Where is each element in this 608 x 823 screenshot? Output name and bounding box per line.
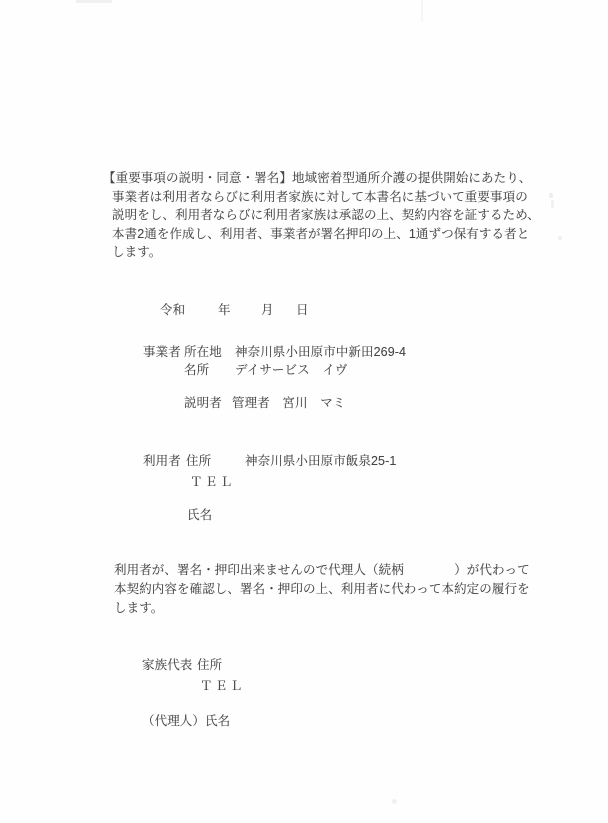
provider-label: 事業者 [143, 345, 181, 359]
provider-name-value: デイサービス イヴ [235, 363, 348, 377]
proxy-note-line-2: 本契約内容を確認し、署名・押印の上、利用者に代わって本約定の履行を [114, 580, 544, 599]
family-label: 家族代表 [142, 658, 192, 672]
user-tel-label: ＴＥＬ [190, 475, 235, 489]
intro-line-5: します。 [103, 243, 543, 262]
date-month-label: 月 [261, 303, 274, 317]
provider-address-label: 所在地 [184, 345, 222, 359]
user-label: 利用者 [143, 454, 181, 468]
intro-line-1: 【重要事項の説明・同意・署名】地域密着型通所介護の提供開始にあたり、 [103, 169, 543, 188]
scanned-document-page: 【重要事項の説明・同意・署名】地域密着型通所介護の提供開始にあたり、 事業者は利… [0, 0, 608, 823]
user-address-value: 神奈川県小田原市飯泉25-1 [245, 454, 396, 468]
date-era-label: 令和 [160, 303, 185, 317]
user-name-label: 氏名 [187, 508, 212, 522]
proxy-note-paragraph: 利用者が、署名・押印出来ませんので代理人（続柄 ）が代わって 本契約内容を確認し… [114, 561, 544, 619]
provider-name-label: 名所 [184, 363, 209, 377]
scan-artifact-top-left [76, 0, 112, 3]
scan-artifact-bottom-dot [392, 799, 397, 804]
intro-line-3: 説明をし、利用者ならびに利用者家族は承認の上、契約内容を証するため、 [103, 206, 543, 225]
family-address-label: 住所 [197, 658, 222, 672]
proxy-note-line-3: します。 [114, 599, 544, 618]
family-proxy-name-label: （代理人）氏名 [142, 714, 230, 728]
intro-line-4: 本書2通を作成し、利用者、事業者が署名押印の上、1通ずつ保有する者と [103, 225, 543, 244]
date-year-label: 年 [218, 303, 231, 317]
intro-paragraph: 【重要事項の説明・同意・署名】地域密着型通所介護の提供開始にあたり、 事業者は利… [103, 169, 543, 262]
family-tel-label: ＴＥＬ [200, 679, 245, 693]
proxy-note-line-1: 利用者が、署名・押印出来ませんので代理人（続柄 ）が代わって [114, 561, 544, 580]
date-day-label: 日 [296, 303, 309, 317]
scan-artifact-right-squiggle-2 [551, 200, 554, 208]
provider-explainer-value: 管理者 宮川 マミ [232, 396, 345, 410]
scan-artifact-right-dot [558, 236, 562, 240]
user-address-label: 住所 [186, 454, 211, 468]
provider-explainer-label: 説明者 [184, 396, 222, 410]
scan-artifact-right-squiggle [549, 193, 553, 198]
provider-address-value: 神奈川県小田原市中新田269-4 [235, 345, 406, 359]
scan-artifact-top-middle [421, 0, 423, 22]
intro-line-2: 事業者は利用者ならびに利用者家族に対して本書名に基づいて重要事項の [103, 188, 543, 207]
